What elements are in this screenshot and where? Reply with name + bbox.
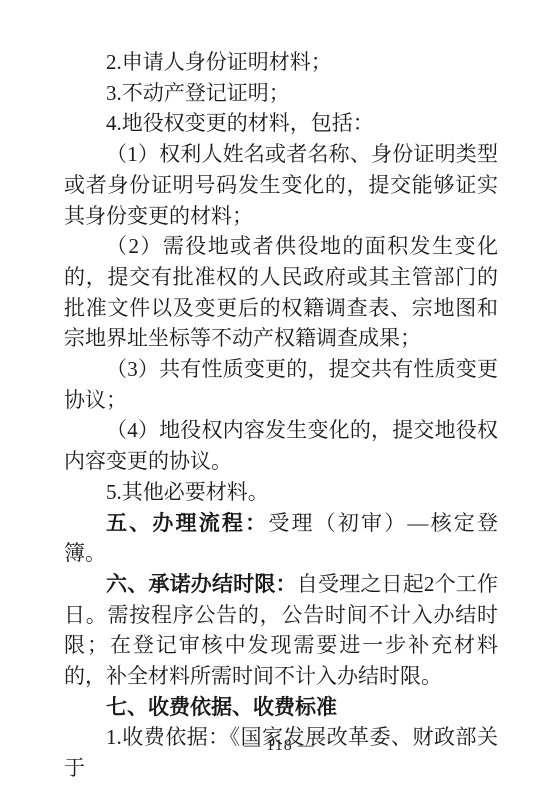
heading-text-run: 五、办理流程： — [106, 511, 268, 535]
paragraph: （1）权利人姓名或者名称、身份证明类型或者身份证明号码发生变化的，提交能够证实其… — [64, 139, 498, 231]
page-footer: — 118 — — [0, 736, 559, 756]
page-number: — 118 — — [244, 737, 314, 754]
heading-text-run: 七、收费依据、收费标准 — [106, 695, 337, 719]
paragraph: 七、收费依据、收费标准 — [64, 692, 498, 723]
body-text-run: （3）共有性质变更的，提交共有性质变更协议； — [64, 357, 498, 412]
heading-text-run: 六、承诺办结时限： — [106, 572, 297, 596]
paragraph: 六、承诺办结时限：自受理之日起2个工作日。需按程序公告的，公告时间不计入办结时限… — [64, 569, 498, 692]
body-text-run: 2.申请人身份证明材料； — [106, 50, 332, 74]
body-text-run: （1）权利人姓名或者名称、身份证明类型或者身份证明号码发生变化的，提交能够证实其… — [64, 142, 498, 227]
body-text-run: （2）需役地或者供役地的面积发生变化的，提交有批准权的人民政府或其主管部门的批准… — [64, 234, 498, 350]
paragraph: 4.地役权变更的材料，包括： — [64, 108, 498, 139]
document-body: 2.申请人身份证明材料；3.不动产登记证明；4.地役权变更的材料，包括：（1）权… — [64, 47, 498, 784]
body-text-run: 3.不动产登记证明； — [106, 81, 290, 105]
paragraph: 3.不动产登记证明； — [64, 78, 498, 109]
body-text-run: 5.其他必要材料。 — [106, 480, 269, 504]
paragraph: 2.申请人身份证明材料； — [64, 47, 498, 78]
paragraph: 五、办理流程：受理（初审）—核定登簿。 — [64, 508, 498, 569]
paragraph: （2）需役地或者供役地的面积发生变化的，提交有批准权的人民政府或其主管部门的批准… — [64, 231, 498, 354]
body-text-run: （4）地役权内容发生变化的，提交地役权内容变更的协议。 — [64, 418, 498, 473]
document-page: 2.申请人身份证明材料；3.不动产登记证明；4.地役权变更的材料，包括：（1）权… — [0, 0, 559, 793]
paragraph: （3）共有性质变更的，提交共有性质变更协议； — [64, 354, 498, 415]
body-text-run: 4.地役权变更的材料，包括： — [106, 111, 374, 135]
paragraph: （4）地役权内容发生变化的，提交地役权内容变更的协议。 — [64, 415, 498, 476]
paragraph: 5.其他必要材料。 — [64, 477, 498, 508]
